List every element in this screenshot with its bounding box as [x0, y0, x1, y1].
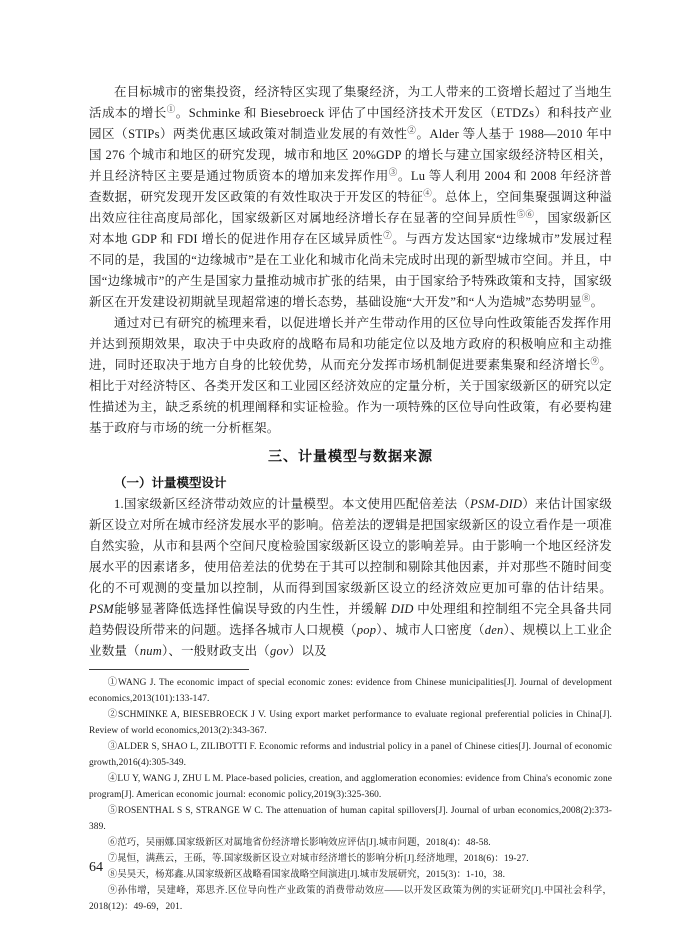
footnote-ref: ④	[423, 188, 432, 198]
page-content: 在目标城市的密集投资，经济特区实现了集聚经济，为工人带来的工资增长超过了当地生活…	[89, 82, 612, 915]
paper-page: 在目标城市的密集投资，经济特区实现了集聚经济，为工人带来的工资增长超过了当地生活…	[0, 0, 700, 943]
body-paragraph: 通过对已有研究的梳理来看，以促进增长并产生带动作用的区位导向性政策能否发挥作用并…	[89, 313, 612, 439]
footnote-ref: ⑧	[582, 293, 591, 303]
footnote-ref: ③	[389, 167, 398, 177]
text-run: 能够显著降低选择性偏误导致的内生性，并缓解	[114, 602, 391, 616]
footnote-item: ⑤ROSENTHAL S S, STRANGE W C. The attenua…	[89, 803, 612, 835]
page-number: 64	[89, 860, 103, 876]
footnote-ref: ⑦	[383, 230, 392, 240]
footnote-item: ③ALDER S, SHAO L, ZILIBOTTI F. Economic …	[89, 739, 612, 771]
text-run: ）、一般财政支出（	[162, 644, 270, 658]
text-run: num	[140, 644, 162, 658]
body-paragraph: 1.国家级新区经济带动效应的计量模型。本文使用匹配倍差法（PSM-DID）来估计…	[89, 494, 612, 662]
footnote-item: ①WANG J. The economic impact of special …	[89, 675, 612, 707]
footnote-separator	[89, 669, 249, 670]
body-paragraph: 在目标城市的密集投资，经济特区实现了集聚经济，为工人带来的工资增长超过了当地生活…	[89, 82, 612, 313]
text-run: 通过对已有研究的梳理来看，以促进增长并产生带动作用的区位导向性政策能否发挥作用并…	[89, 316, 612, 372]
footnote-item: ⑦晁恒，满燕云，王砾，等.国家级新区设立对城市经济增长的影响分析[J].经济地理…	[89, 851, 612, 867]
footnote-item: ④LU Y, WANG J, ZHU L M. Place-based poli…	[89, 771, 612, 803]
section-heading: 三、计量模型与数据来源	[89, 446, 612, 467]
text-run: pop	[357, 623, 376, 637]
text-run: PSM-DID	[470, 497, 522, 511]
article-body: 在目标城市的密集投资，经济特区实现了集聚经济，为工人带来的工资增长超过了当地生活…	[89, 82, 612, 662]
footnote-item: ⑨孙伟增，吴建峰，郑思齐.区位导向性产业政策的消费带动效应——以开发区政策为例的…	[89, 883, 612, 915]
text-run: 。	[591, 295, 604, 309]
footnote-item: ⑧吴昊天，杨郑鑫.从国家级新区战略看国家战略空间演进[J].城市发展研究，201…	[89, 867, 612, 883]
footnote-ref: ⑤⑥	[517, 209, 535, 219]
footnote-item: ②SCHMINKE A, BIESEBROECK J V. Using expo…	[89, 707, 612, 739]
text-run: gov	[270, 644, 289, 658]
text-run: ）、城市人口密度（	[376, 623, 485, 637]
footnote-ref: ⑨	[590, 356, 599, 366]
text-run: den	[485, 623, 504, 637]
footnote-item: ⑥范巧，吴丽娜.国家级新区对属地省份经济增长影响效应评估[J].城市问题，201…	[89, 835, 612, 851]
subsection-heading: （一）计量模型设计	[89, 473, 612, 494]
text-run: 1.国家级新区经济带动效应的计量模型。本文使用匹配倍差法（	[114, 497, 470, 511]
text-run: 三、计量模型与数据来源	[268, 448, 433, 464]
text-run: DID	[391, 602, 414, 616]
text-run: （一）计量模型设计	[114, 476, 227, 490]
text-run: ）以及	[289, 644, 327, 658]
text-run: ）来估计国家级新区设立对所在城市经济发展水平的影响。倍差法的逻辑是把国家级新区的…	[89, 497, 612, 595]
footnote-ref: ①	[167, 104, 176, 114]
text-run: PSM	[89, 602, 114, 616]
footnotes: ①WANG J. The economic impact of special …	[89, 675, 612, 915]
